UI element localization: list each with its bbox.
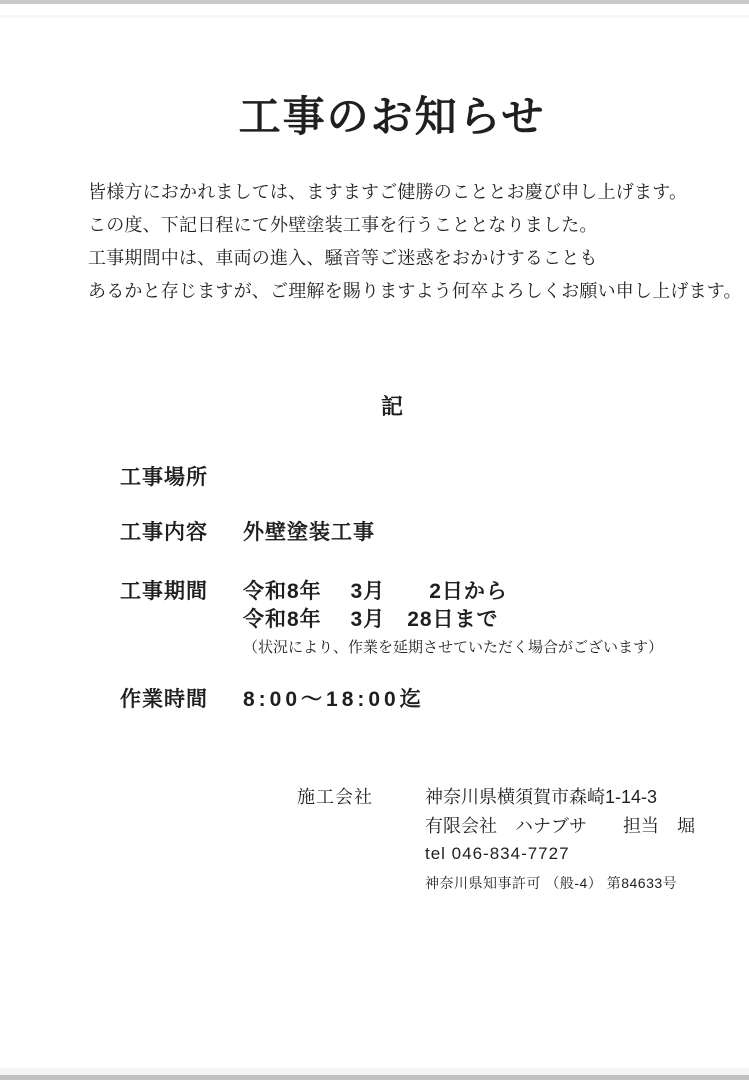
detail-row-location: 工事場所 [120, 464, 243, 492]
period-end-date: 令和8年 3月 28日まで [243, 608, 499, 631]
contractor-block: 施工会社 神奈川県横須賀市森崎1-14-3 有限会社 ハナブサ 担当 堀 tel… [297, 783, 695, 897]
detail-row-hours: 作業時間 8:00～18:00迄 [120, 686, 425, 714]
content-value: 外壁塗装工事 [243, 519, 375, 547]
viewer-top-edge [0, 0, 749, 4]
greeting-line-2: この度、下記日程にて外壁塗装工事を行うこととなりました。 [88, 209, 728, 242]
page-title: 工事のお知らせ [35, 84, 749, 144]
hours-value: 8:00～18:00迄 [243, 686, 425, 714]
contractor-license-number: 神奈川県知事許可 （般-4） 第84633号 [425, 869, 695, 898]
construction-notice-document: 工事のお知らせ 皆様方におかれましては、ますますご健勝のこととお慶び申し上げます… [0, 0, 749, 1080]
section-marker-ki: 記 [35, 390, 749, 421]
period-label: 工事期間 [120, 578, 243, 606]
viewer-bottom-edge [0, 1075, 749, 1080]
period-postpone-note: （状況により、作業を延期させていただく場合がございます） [243, 638, 663, 658]
contractor-label: 施工会社 [297, 783, 425, 812]
hours-label: 作業時間 [120, 686, 243, 714]
contractor-phone: tel 046-834-7727 [425, 840, 695, 869]
greeting-line-3: 工事期間中は、車両の進入、騒音等ご迷惑をおかけすることも [88, 242, 728, 275]
content-label: 工事内容 [120, 519, 243, 547]
greeting-line-1: 皆様方におかれましては、ますますご健勝のこととお慶び申し上げます。 [88, 176, 728, 209]
location-label: 工事場所 [120, 464, 243, 492]
contractor-company: 有限会社 ハナブサ 担当 堀 [425, 812, 695, 841]
detail-row-period: 工事期間 令和8年 3月 2日から 令和8年 3月 28日まで （状況により、作… [120, 578, 663, 658]
viewer-top-divider [0, 15, 749, 18]
detail-row-content: 工事内容 外壁塗装工事 [120, 519, 375, 547]
period-start-date: 令和8年 3月 2日から [243, 580, 508, 603]
greeting-line-4: あるかと存じますが、ご理解を賜りますよう何卒よろしくお願い申し上げます。 [88, 275, 728, 308]
contractor-address: 神奈川県横須賀市森崎1-14-3 [425, 783, 695, 812]
greeting-paragraph: 皆様方におかれましては、ますますご健勝のこととお慶び申し上げます。 この度、下記… [88, 176, 728, 308]
